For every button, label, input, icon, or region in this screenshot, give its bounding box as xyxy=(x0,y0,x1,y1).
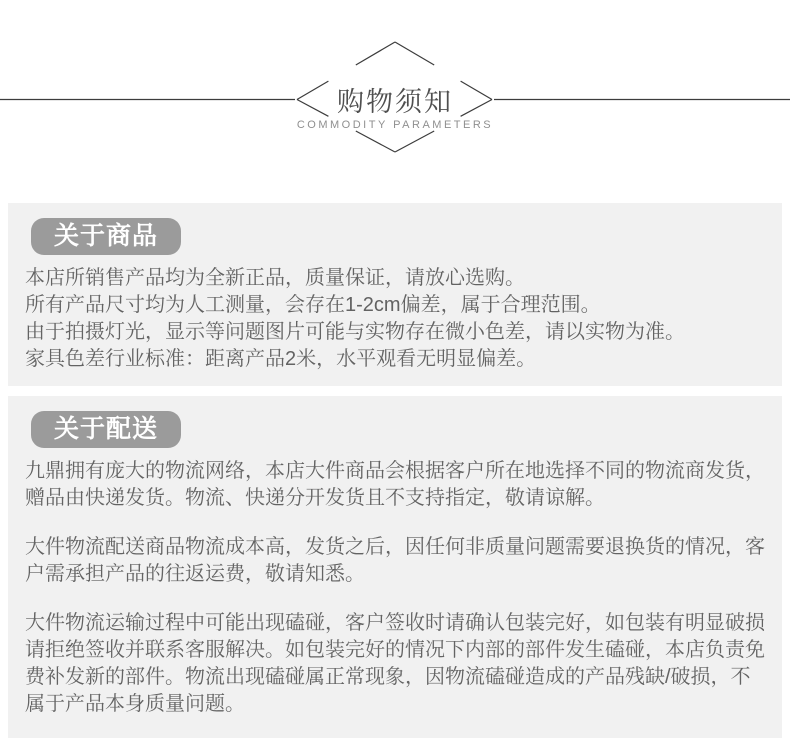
page-title: 购物须知 xyxy=(0,80,790,119)
section-about-product: 关于商品 本店所销售产品均为全新正品，质量保证，请放心选购。 所有产品尺寸均为人… xyxy=(8,203,782,386)
page-header: 购物须知 COMMODITY PARAMETERS xyxy=(0,0,790,175)
shipping-section-badge: 关于配送 xyxy=(31,411,181,448)
shipping-notice-paragraph: 大件物流运输过程中可能出现磕碰，客户签收时请确认包装完好，如包装有明显破损请拒绝… xyxy=(25,610,765,718)
page-subtitle: COMMODITY PARAMETERS xyxy=(0,119,790,131)
product-notice-line: 家具色差行业标准：距离产品2米，水平观看无明显偏差。 xyxy=(25,346,765,373)
shipping-notice-paragraph: 大件物流配送商品物流成本高，发货之后，因任何非质量问题需要退换货的情况，客户需承… xyxy=(25,534,765,588)
product-notice-line: 本店所销售产品均为全新正品，质量保证，请放心选购。 xyxy=(25,265,765,292)
section-about-shipping: 关于配送 九鼎拥有庞大的物流网络，本店大件商品会根据客户所在地选择不同的物流商发… xyxy=(8,396,782,738)
shipping-notice-paragraph: 九鼎拥有庞大的物流网络，本店大件商品会根据客户所在地选择不同的物流商发货，赠品由… xyxy=(25,458,765,512)
product-notice-line: 由于拍摄灯光，显示等问题图片可能与实物存在微小色差，请以实物为准。 xyxy=(25,319,765,346)
product-notice-line: 所有产品尺寸均为人工测量，会存在1-2cm偏差，属于合理范围。 xyxy=(25,292,765,319)
shipping-notice-text: 九鼎拥有庞大的物流网络，本店大件商品会根据客户所在地选择不同的物流商发货，赠品由… xyxy=(25,458,765,718)
product-section-badge: 关于商品 xyxy=(31,218,181,255)
product-notice-text: 本店所销售产品均为全新正品，质量保证，请放心选购。 所有产品尺寸均为人工测量，会… xyxy=(25,265,765,373)
